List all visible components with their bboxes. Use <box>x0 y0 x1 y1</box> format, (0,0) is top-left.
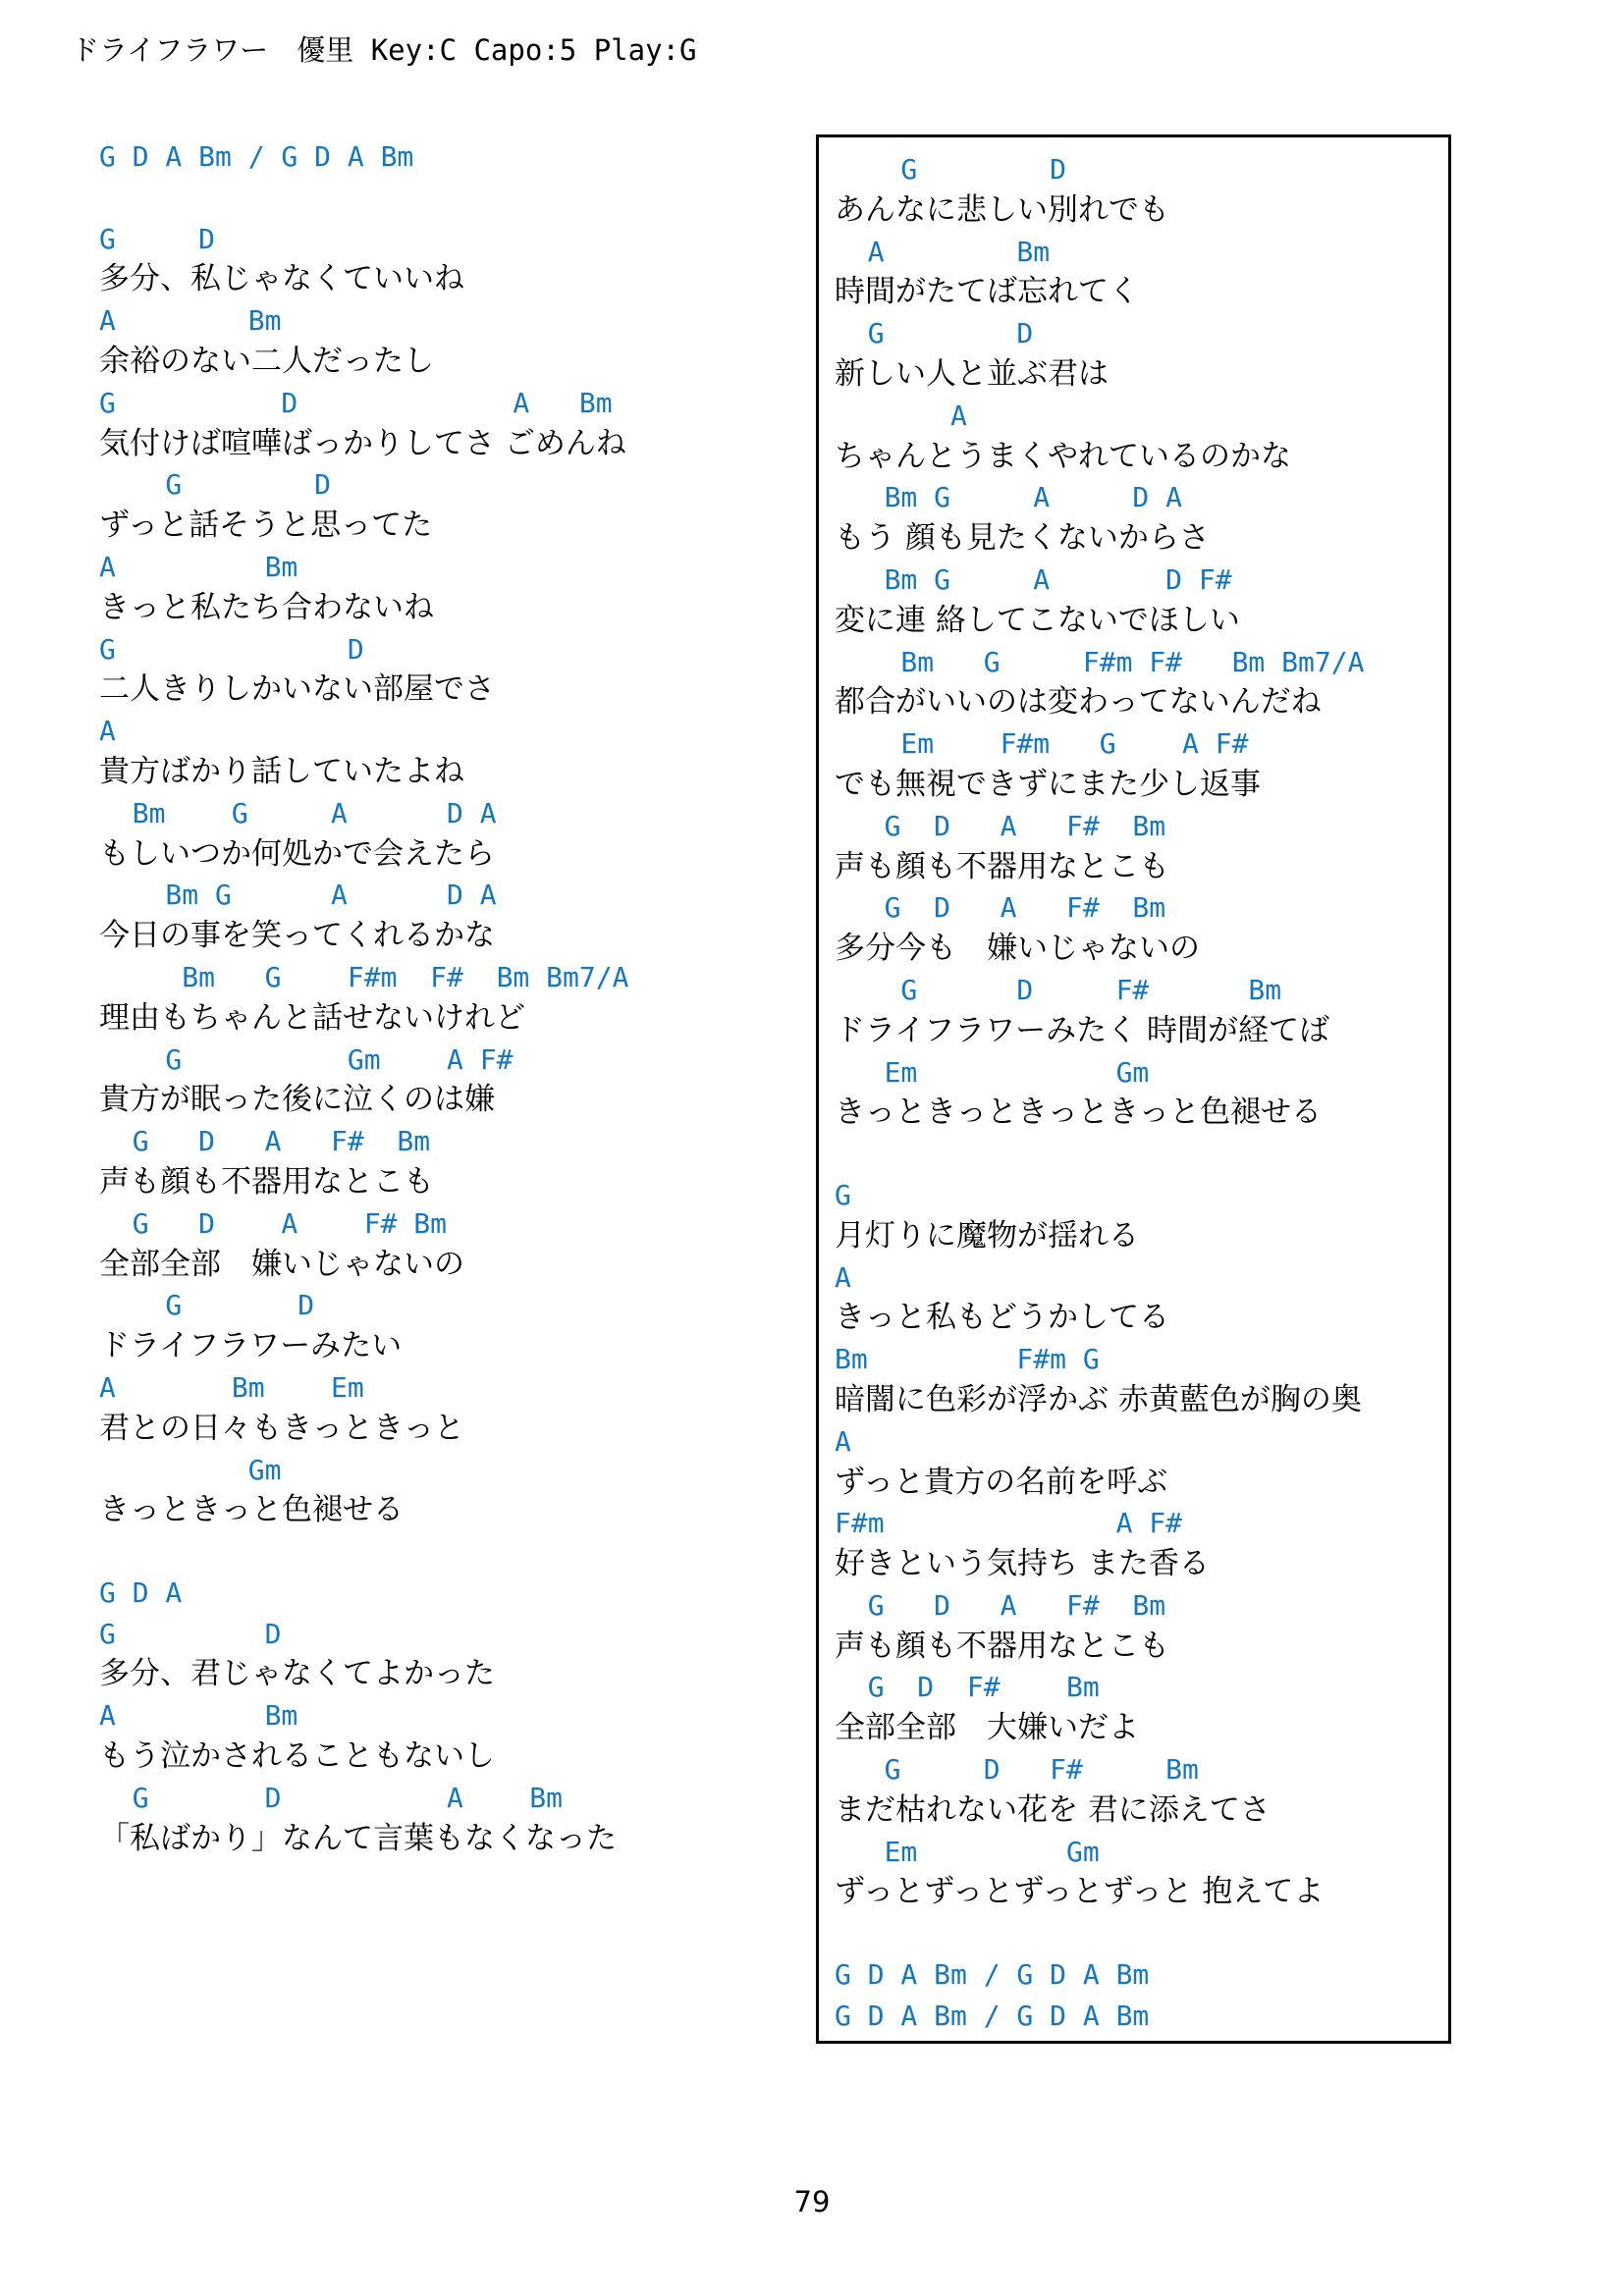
chord-line: G D <box>99 464 628 506</box>
chord-line: A <box>835 1421 1364 1463</box>
lyric-line: 多分今も 嫌いじゃないの <box>835 929 1364 970</box>
lyric-line: 声も顔も不器用なとこも <box>835 847 1364 888</box>
lyric-line: 暗闇に色彩が浮かぶ 赤黄藍色が胸の奥 <box>835 1380 1364 1421</box>
lyric-line: あんなに悲しい別れでも <box>835 190 1364 232</box>
right-column-box: G Dあんなに悲しい別れでも A Bm時間がたてば忘れてく G D新しい人と並ぶ… <box>816 134 1451 2044</box>
chord-line: Bm G A D A <box>835 477 1364 518</box>
lyric-line: 二人きりしかいない部屋でさ <box>99 669 628 711</box>
chord-line: A <box>99 711 628 752</box>
lyric-line: 貴方ばかり話していたよね <box>99 752 628 793</box>
lyric-line: 都合がいいのは変わってないんだね <box>835 682 1364 723</box>
chord-line: G D <box>99 629 628 670</box>
chord-line: F#m A F# <box>835 1503 1364 1544</box>
lyric-line: もう泣かされることもないし <box>99 1736 628 1778</box>
lyric-line: 「私ばかり」なんて言葉もなくなった <box>99 1819 628 1860</box>
lyric-line: もう 顔も見たくないからさ <box>835 518 1364 560</box>
lyric-line: 余裕のない二人だったし <box>99 342 628 383</box>
blank-line <box>99 178 628 219</box>
chord-line: G D A Bm <box>99 1778 628 1819</box>
blank-line <box>99 1531 628 1573</box>
chord-line: G D A <box>99 1573 628 1614</box>
lyric-line: きっときっと色褪せる <box>99 1490 628 1531</box>
left-column: G D A Bm / G D A Bm G D多分、私じゃなくていいねA Bm余… <box>99 136 628 1859</box>
lyric-line: 好きという気持ち また香る <box>835 1544 1364 1585</box>
lyric-line: きっと私たち合わないね <box>99 588 628 629</box>
chord-line: Bm G A D F# <box>835 560 1364 601</box>
lyric-line: 今日の事を笑ってくれるかな <box>99 916 628 957</box>
chord-line: G D F# Bm <box>835 970 1364 1011</box>
chord-line: G D A Bm / G D A Bm <box>835 1996 1364 2037</box>
chord-line: Em F#m G A F# <box>835 723 1364 765</box>
chord-line: A <box>835 396 1364 437</box>
chord-line: Bm F#m G <box>835 1339 1364 1380</box>
lyric-line: ずっとずっとずっとずっと 抱えてよ <box>835 1872 1364 1913</box>
chord-line: G D A F# Bm <box>835 887 1364 929</box>
page-title: ドライフラワー 優里 Key:C Capo:5 Play:G <box>71 32 696 68</box>
lyric-line: 理由もちゃんと話せないけれど <box>99 998 628 1040</box>
lyric-line: 全部全部 大嫌いだよ <box>835 1708 1364 1749</box>
lyric-line: 気付けば喧嘩ばっかりしてさ ごめんね <box>99 424 628 465</box>
lyric-line: ずっと話そうと思ってた <box>99 506 628 547</box>
lyric-line: ちゃんとうまくやれているのかな <box>835 437 1364 478</box>
chord-sheet-page: ドライフラワー 優里 Key:C Capo:5 Play:G G D A Bm … <box>0 0 1624 2296</box>
lyric-line: 多分、私じゃなくていいね <box>99 259 628 300</box>
lyric-line: きっと私もどうかしてる <box>835 1298 1364 1339</box>
chord-line: G D F# Bm <box>835 1749 1364 1790</box>
lyric-line: 時間がたてば忘れてく <box>835 272 1364 313</box>
blank-line <box>835 1913 1364 1954</box>
chord-line: G <box>835 1175 1364 1216</box>
chord-line: G D A F# Bm <box>99 1121 628 1162</box>
chord-line: G D <box>99 219 628 260</box>
right-column: G Dあんなに悲しい別れでも A Bm時間がたてば忘れてく G D新しい人と並ぶ… <box>835 149 1364 2037</box>
chord-line: G D A Bm / G D A Bm <box>99 136 628 178</box>
lyric-line: ドライフラワーみたく 時間が経てば <box>835 1011 1364 1052</box>
chord-line: G D <box>99 1614 628 1655</box>
chord-line: A Bm <box>99 547 628 588</box>
chord-line: G D A F# Bm <box>835 806 1364 847</box>
lyric-line: 多分、君じゃなくてよかった <box>99 1654 628 1695</box>
chord-line: A Bm <box>99 300 628 342</box>
chord-line: G Gm A F# <box>99 1040 628 1081</box>
lyric-line: 声も顔も不器用なとこも <box>99 1162 628 1203</box>
lyric-line: ずっと貴方の名前を呼ぶ <box>835 1463 1364 1504</box>
chord-line: A Bm Em <box>99 1367 628 1409</box>
chord-line: Bm G A D A <box>99 793 628 834</box>
chord-line: G D F# Bm <box>835 1667 1364 1708</box>
lyric-line: 君との日々もきっときっと <box>99 1409 628 1450</box>
chord-line: G D A Bm <box>99 383 628 424</box>
chord-line: G D <box>99 1285 628 1326</box>
chord-line: Gm <box>99 1450 628 1491</box>
chord-line: Em Gm <box>835 1052 1364 1094</box>
lyric-line: 変に連 絡してこないでほしい <box>835 601 1364 642</box>
lyric-line: でも無視できずにまた少し返事 <box>835 765 1364 806</box>
chord-line: G D A F# Bm <box>835 1585 1364 1627</box>
chord-line: Bm G F#m F# Bm Bm7/A <box>835 642 1364 683</box>
chord-line: Bm G F#m F# Bm Bm7/A <box>99 957 628 998</box>
chord-line: A <box>835 1257 1364 1299</box>
lyric-line: 声も顔も不器用なとこも <box>835 1627 1364 1668</box>
lyric-line: 全部全部 嫌いじゃないの <box>99 1245 628 1286</box>
chord-line: Em Gm <box>835 1832 1364 1873</box>
lyric-line: まだ枯れない花を 君に添えてさ <box>835 1790 1364 1832</box>
blank-line <box>835 1134 1364 1175</box>
lyric-line: 月灯りに魔物が揺れる <box>835 1216 1364 1257</box>
chord-line: G D <box>835 313 1364 354</box>
lyric-line: きっときっときっときっと色褪せる <box>835 1093 1364 1134</box>
chord-line: G D A Bm / G D A Bm <box>835 1954 1364 1996</box>
lyric-line: 貴方が眠った後に泣くのは嫌 <box>99 1080 628 1121</box>
chord-line: G D <box>835 149 1364 190</box>
chord-line: Bm G A D A <box>99 875 628 916</box>
lyric-line: 新しい人と並ぶ君は <box>835 354 1364 396</box>
lyric-line: ドライフラワーみたい <box>99 1326 628 1367</box>
chord-line: A Bm <box>835 232 1364 273</box>
lyric-line: もしいつか何処かで会えたら <box>99 834 628 876</box>
chord-line: G D A F# Bm <box>99 1203 628 1245</box>
page-number: 79 <box>0 2185 1624 2218</box>
chord-line: A Bm <box>99 1695 628 1736</box>
